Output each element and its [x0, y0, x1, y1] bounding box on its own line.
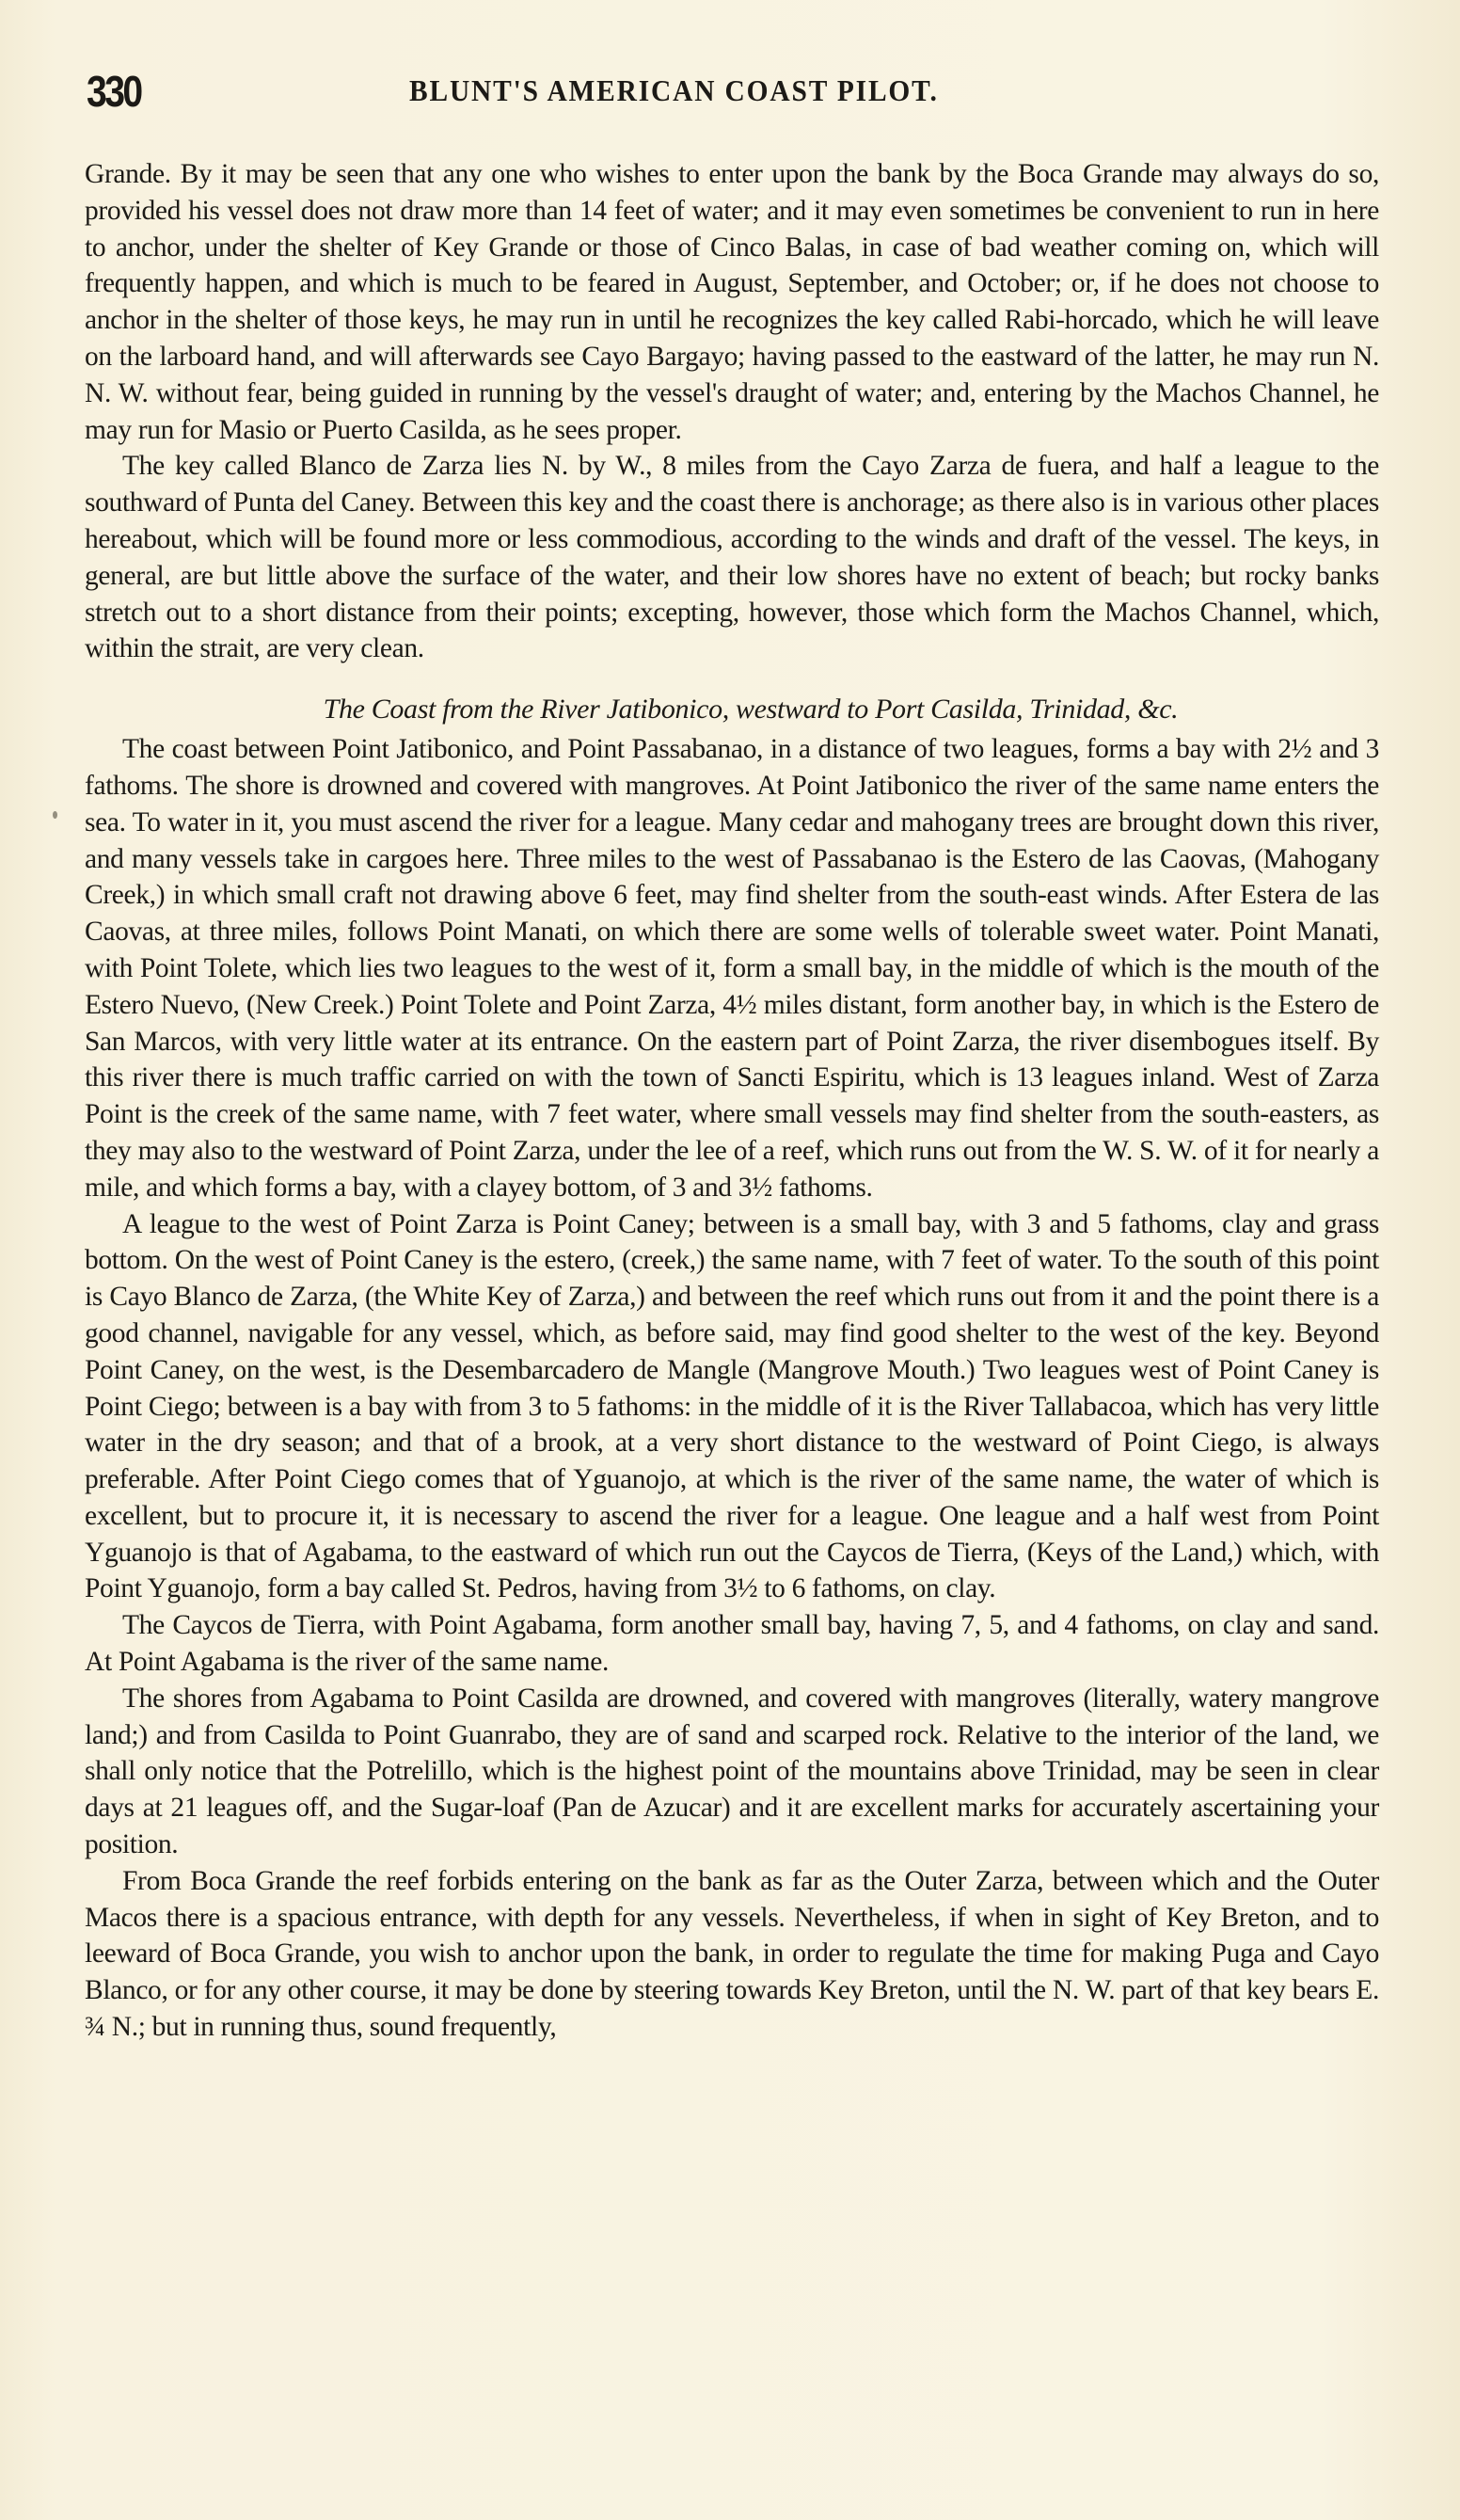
running-title: BLUNT'S AMERICAN COAST PILOT.	[409, 73, 939, 108]
paragraph: The shores from Agabama to Point Casilda…	[85, 1681, 1379, 1863]
section-heading: The Coast from the River Jatibonico, wes…	[85, 692, 1379, 727]
paragraph: A league to the west of Point Zarza is P…	[85, 1206, 1379, 1608]
body-text: Grande. By it may be seen that any one w…	[85, 156, 1379, 2046]
paragraph: The coast between Point Jatibonico, and …	[85, 731, 1379, 1205]
paragraph-continued: Grande. By it may be seen that any one w…	[85, 156, 1379, 448]
running-head: 330 BLUNT'S AMERICAN COAST PILOT.	[85, 60, 1379, 117]
paragraph: The Caycos de Tierra, with Point Agabama…	[85, 1607, 1379, 1681]
paragraph: The key called Blanco de Zarza lies N. b…	[85, 448, 1379, 667]
margin-mark	[53, 811, 57, 819]
book-page: 330 BLUNT'S AMERICAN COAST PILOT. Grande…	[85, 60, 1379, 2046]
paragraph: From Boca Grande the reef forbids enteri…	[85, 1863, 1379, 2046]
page-number: 330	[87, 66, 141, 117]
